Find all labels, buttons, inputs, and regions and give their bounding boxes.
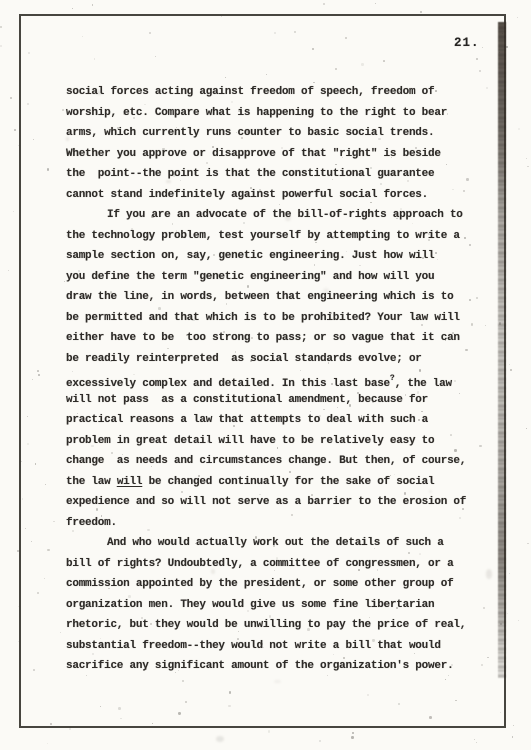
text-line: bill of rights? Undoubtedly, a committee… — [66, 554, 476, 575]
text-segment: change as needs and circumstances change… — [66, 455, 466, 467]
text-line: change as needs and circumstances change… — [66, 451, 476, 472]
text-line: social forces acting against freedom of … — [66, 82, 476, 103]
text-line: will not pass as a constitutional amendm… — [66, 390, 476, 411]
text-line: practical reasons a law that attempts to… — [66, 410, 476, 431]
text-line: Whether you approve or disapprove of tha… — [66, 144, 476, 165]
text-segment: draw the line, in words, between that en… — [66, 291, 453, 303]
page-number: 21. — [454, 36, 480, 50]
text-line: worship, etc. Compare what is happening … — [66, 103, 476, 124]
text-segment: either have to be too strong to pass; or… — [66, 332, 460, 344]
text-segment: organization men. They would give us som… — [66, 599, 434, 611]
text-line: And who would actually work out the deta… — [66, 533, 476, 554]
scanned-page: 21. social forces acting against freedom… — [0, 0, 531, 750]
text-segment: And who would actually work out the deta… — [107, 537, 444, 549]
scan-artifact-band — [498, 22, 506, 678]
text-segment: If you are an advocate of the bill-of-ri… — [107, 209, 463, 221]
text-segment: excessively complex and detailed. In thi… — [66, 378, 390, 390]
text-line: arms, which currently runs counter to ba… — [66, 123, 476, 144]
text-line: substantial freedom--they would not writ… — [66, 636, 476, 657]
text-line: the technology problem, test yourself by… — [66, 226, 476, 247]
text-segment: you define the term "genetic engineering… — [66, 271, 434, 283]
text-segment: will not pass as a constitutional amendm… — [66, 394, 428, 406]
text-segment: expedience and so will not serve as a ba… — [66, 496, 466, 508]
text-segment: freedom. — [66, 517, 117, 529]
text-line: be permitted and that which is to be pro… — [66, 308, 476, 329]
text-segment: be readily reinterpreted as social stand… — [66, 353, 422, 365]
text-segment: commission appointed by the president, o… — [66, 578, 453, 590]
text-line: be readily reinterpreted as social stand… — [66, 349, 476, 370]
text-line: rhetoric, but they would be unwilling to… — [66, 615, 476, 636]
text-segment: be permitted and that which is to be pro… — [66, 312, 460, 324]
text-segment: be changed continually for the sake of s… — [142, 476, 434, 488]
text-segment: the law — [66, 476, 117, 488]
text-segment: sample section on, say, genetic engineer… — [66, 250, 434, 262]
text-segment: arms, which currently runs counter to ba… — [66, 127, 434, 139]
text-line: organization men. They would give us som… — [66, 595, 476, 616]
text-line: draw the line, in words, between that en… — [66, 287, 476, 308]
text-segment: substantial freedom--they would not writ… — [66, 640, 441, 652]
text-line: freedom. — [66, 513, 476, 534]
text-segment: Whether you approve or disapprove of tha… — [66, 148, 441, 160]
text-line: sample section on, say, genetic engineer… — [66, 246, 476, 267]
page-text: social forces acting against freedom of … — [66, 82, 476, 677]
text-line: cannot stand indefinitely against powerf… — [66, 185, 476, 206]
text-line: you define the term "genetic engineering… — [66, 267, 476, 288]
text-line: either have to be too strong to pass; or… — [66, 328, 476, 349]
text-segment: the point--the point is that the constit… — [66, 168, 434, 180]
text-line: commission appointed by the president, o… — [66, 574, 476, 595]
text-segment: social forces acting against freedom of … — [66, 86, 434, 98]
underlined-word: will — [117, 476, 142, 488]
text-line: If you are an advocate of the bill-of-ri… — [66, 205, 476, 226]
text-line: the point--the point is that the constit… — [66, 164, 476, 185]
text-segment: rhetoric, but they would be unwilling to… — [66, 619, 466, 631]
text-line: sacrifice any significant amount of the … — [66, 656, 476, 677]
text-line: excessively complex and detailed. In thi… — [66, 369, 476, 390]
text-line: expedience and so will not serve as a ba… — [66, 492, 476, 513]
text-segment: sacrifice any significant amount of the … — [66, 660, 453, 672]
text-segment: cannot stand indefinitely against powerf… — [66, 189, 428, 201]
text-segment: the technology problem, test yourself by… — [66, 230, 460, 242]
text-segment: practical reasons a law that attempts to… — [66, 414, 428, 426]
text-segment: worship, etc. Compare what is happening … — [66, 107, 447, 119]
text-line: the law will be changed continually for … — [66, 472, 476, 493]
text-segment: problem in great detail will have to be … — [66, 435, 434, 447]
text-segment: , the law — [395, 378, 452, 390]
text-segment: bill of rights? Undoubtedly, a committee… — [66, 558, 453, 570]
text-line: problem in great detail will have to be … — [66, 431, 476, 452]
